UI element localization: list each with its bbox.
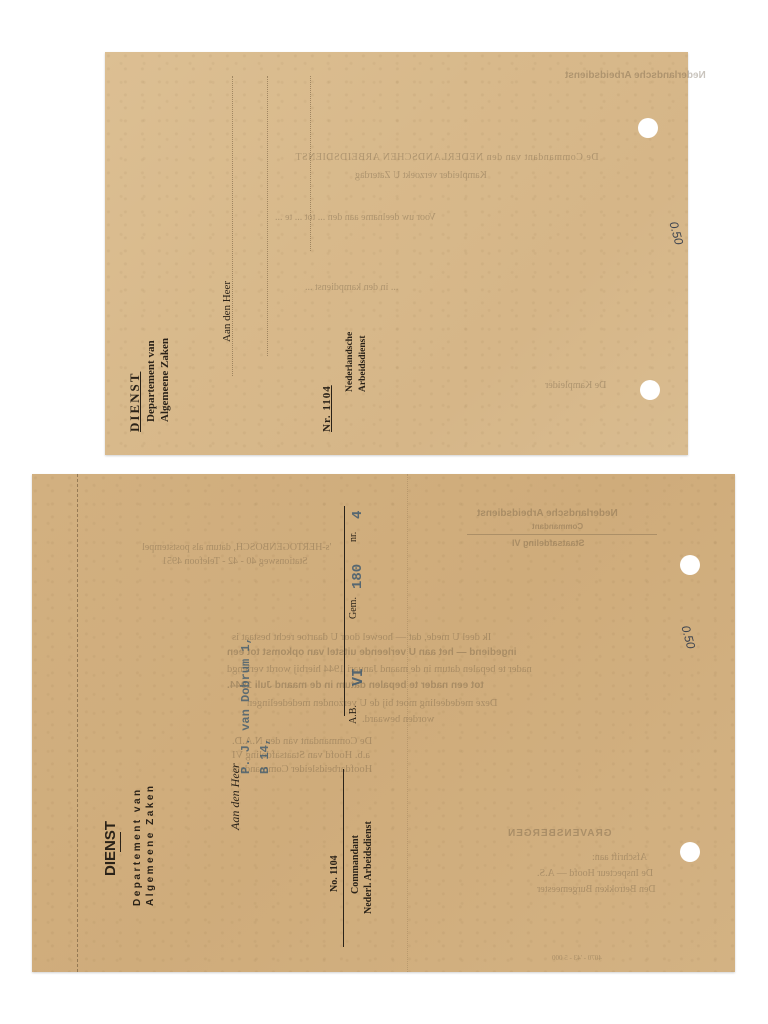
bleed-text: Kampleider verzoekt U Zaterdag	[355, 170, 487, 181]
ab-value: VI	[350, 668, 367, 686]
punch-hole	[680, 842, 700, 862]
bleed-header: Nederlandsche Arbeidsdienst	[477, 508, 618, 519]
punch-hole	[640, 380, 660, 400]
bleed-text: Voor uw deelname aan den ... tot ... te …	[275, 212, 436, 223]
bleed-divider	[467, 534, 657, 535]
bleed-footer: 4070 - '43 - 5 000	[552, 954, 602, 962]
bleed-place: 's-HERTOGENBOSCH, datum als poststempel	[142, 542, 331, 553]
sender-rule	[120, 832, 121, 852]
perforation-line	[77, 474, 78, 972]
nr-value: 4	[350, 511, 366, 519]
bleed-copy-line: Den Betrokken Burgemeester	[537, 884, 656, 895]
bleed-signature: De Commandant van den N.A.D.	[232, 736, 372, 747]
card-number: No. 1104	[329, 855, 340, 892]
address-line	[267, 76, 268, 356]
punch-hole	[680, 555, 700, 575]
stamped-address-line2: B 14,	[258, 738, 272, 774]
bleed-copy-label: Afschrift aan:	[592, 852, 647, 863]
addressee-label: Aan den Heer	[221, 281, 233, 342]
bleed-stamp: GRAVENSBERGEN	[507, 828, 612, 839]
sender-title: DIENST	[127, 372, 143, 432]
ab-label: A.B.	[348, 705, 359, 724]
org-name-line2: Nederl. Arbeidsdienst	[363, 821, 374, 914]
bleed-text: ... in den kampdienst ...	[305, 282, 398, 293]
bleed-signature: Hoofdarbeidsleider Commandant	[232, 764, 372, 775]
org-name: Nederlandsche	[345, 332, 355, 392]
bleed-header: Commandant	[532, 522, 583, 531]
postcard-top: Nederlandsche Arbeidsdienst De Commandan…	[105, 52, 688, 455]
sender-department-line2: Algemeene Zaken	[145, 783, 156, 906]
bleed-body: Deze mededeeling moet bij de U verzonden…	[247, 698, 497, 709]
pencil-price-mark: 0.50	[678, 624, 698, 650]
gem-value: 180	[350, 564, 366, 589]
nr-label: nr.	[348, 532, 359, 542]
org-rule	[343, 769, 344, 947]
punch-hole	[638, 118, 658, 138]
card-number: Nr. 1104	[321, 385, 333, 432]
form-rule	[344, 506, 345, 716]
postcard-bottom: Nederlandsche Arbeidsdienst Commandant S…	[32, 474, 735, 972]
sender-title: DIENST	[102, 821, 119, 876]
sender-department-line2: Algemeene Zaken	[159, 338, 171, 422]
bleed-place: Stationsweg 40 - 42 - Telefoon 4951	[162, 556, 308, 567]
sender-department: Departement van	[145, 340, 157, 422]
bleed-text: De Commandant van den NEDERLANDSCHEN ARB…	[295, 152, 599, 163]
sender-department: Departement van	[132, 787, 143, 906]
org-name-line2: Arbeidsdienst	[358, 336, 368, 392]
bleed-body: nader te bepalen datum in de maand Janua…	[227, 664, 532, 675]
paper-texture	[105, 52, 688, 455]
addressee-label: Aan den Heer	[228, 763, 243, 830]
stamped-address-line1: P. J. van Dobrum 1,	[239, 637, 253, 774]
address-line	[310, 76, 311, 251]
pencil-price-mark: 0.50	[666, 220, 686, 246]
bleed-body: worden bewaard.	[362, 714, 434, 725]
bleed-copy-line: De Inspecteur Hoofd — A.S.	[537, 868, 653, 879]
org-name: Commandant	[350, 835, 361, 894]
bleed-body: ingediend — het aan U verleende uitstel …	[227, 647, 517, 658]
bleed-header: Staatsafdeling VI	[512, 538, 585, 548]
gem-label: Gem.	[348, 597, 359, 619]
bleed-text: De Kampleider	[545, 380, 606, 391]
bleed-text: Nederlandsche Arbeidsdienst	[565, 70, 706, 81]
bleed-body: Ik deel U mede, dat — hoewel door U daar…	[232, 632, 491, 643]
